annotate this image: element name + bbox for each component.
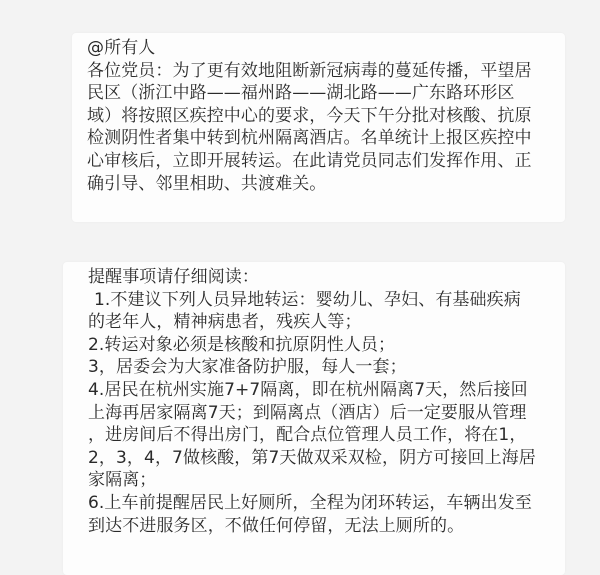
reminder-item-6: 6.上车前提醒居民上好厕所，全程为闭环转运，车辆出发至 (88, 492, 536, 515)
reminder-item-4-cont: 家隔离； (88, 469, 536, 492)
reminder-item-3: 3，居委会为大家准备防护服，每人一套； (88, 356, 536, 379)
reminder-item-1: 1.不建议下列人员异地转运：婴幼儿、孕妇、有基础疾病 (88, 289, 536, 312)
mention-all[interactable]: @所有人 (87, 37, 532, 60)
message-line: 心审核后，立即开展转运。在此请党员同志们发挥作用、正 (87, 150, 532, 173)
message-line: 确引导、邻里相助、共渡难关。 (87, 173, 532, 196)
message-line: 民区（浙江中路——福州路——湖北路——广东路环形区 (87, 82, 532, 105)
reminder-item-4-cont: 2，3，4，7做核酸，第7天做双采双检，阴方可接回上海居 (88, 447, 536, 470)
reminder-heading: 提醒事项请仔细阅读： (88, 266, 536, 289)
reminder-item-4-cont: 上海再居家隔离7天；到隔离点（酒店）后一定要服从管理 (88, 402, 536, 425)
reminder-item-4: 4.居民在杭州实施7+7隔离，即在杭州隔离7天，然后接回 (88, 379, 536, 402)
message-text: 提醒事项请仔细阅读： 1.不建议下列人员异地转运：婴幼儿、孕妇、有基础疾病 的老… (88, 266, 536, 537)
reminder-item-1-cont: 的老年人，精神病患者，残疾人等； (88, 311, 536, 334)
message-bubble-notice[interactable]: @所有人 各位党员：为了更有效地阻断新冠病毒的蔓延传播，平望居 民区（浙江中路—… (72, 33, 565, 222)
reminder-item-2: 2.转运对象必须是核酸和抗原阴性人员； (88, 334, 536, 357)
message-line: 各位党员：为了更有效地阻断新冠病毒的蔓延传播，平望居 (87, 60, 532, 83)
reminder-item-4-cont: ，进房间后不得出房门，配合点位管理人员工作，将在1， (88, 424, 536, 447)
message-line: 检测阴性者集中转到杭州隔离酒店。名单统计上报区疾控中 (87, 127, 532, 150)
message-text: @所有人 各位党员：为了更有效地阻断新冠病毒的蔓延传播，平望居 民区（浙江中路—… (87, 37, 532, 195)
message-line: 域）将按照区疾控中心的要求，今天下午分批对核酸、抗原 (87, 105, 532, 128)
message-bubble-reminders[interactable]: 提醒事项请仔细阅读： 1.不建议下列人员异地转运：婴幼儿、孕妇、有基础疾病 的老… (63, 262, 565, 575)
reminder-item-6-cont: 到达不进服务区，不做任何停留，无法上厕所的。 (88, 515, 536, 538)
